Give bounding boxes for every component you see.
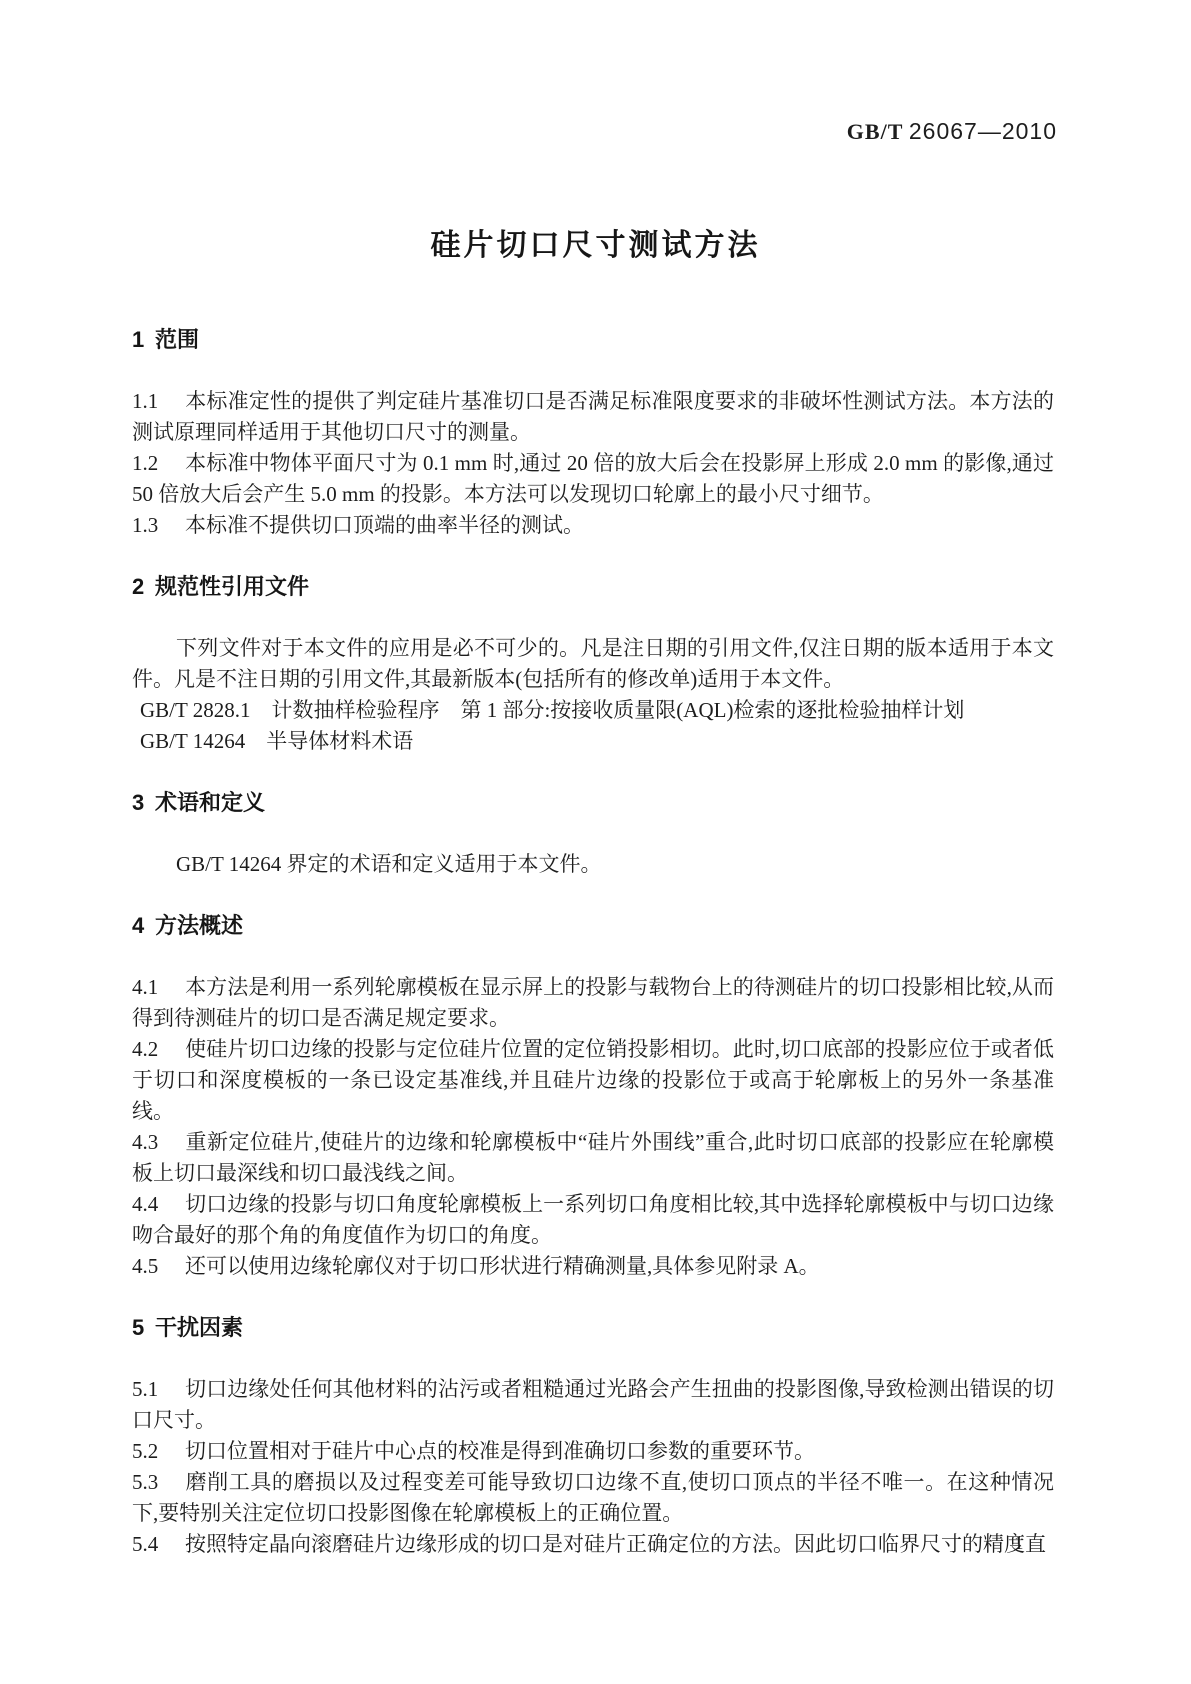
normative-reference-1: GB/T 2828.1 计数抽样检验程序 第 1 部分:按接收质量限(AQL)检… (132, 695, 1054, 726)
clause-4-4: 4.4切口边缘的投影与切口角度轮廓模板上一系列切口角度相比较,其中选择轮廓模板中… (132, 1189, 1054, 1251)
section-1-title: 范围 (155, 327, 199, 352)
clause-5-2-text: 切口位置相对于硅片中心点的校准是得到准确切口参数的重要环节。 (185, 1439, 815, 1463)
clause-1-2-label: 1.2 (132, 448, 185, 479)
clause-1-2-text: 本标准中物体平面尺寸为 0.1 mm 时,通过 20 倍的放大后会在投影屏上形成… (132, 451, 1054, 506)
clause-5-3: 5.3磨削工具的磨损以及过程变差可能导致切口边缘不直,使切口顶点的半径不唯一。在… (132, 1467, 1054, 1529)
clause-4-3-label: 4.3 (132, 1127, 185, 1158)
clause-4-5-label: 4.5 (132, 1251, 185, 1282)
clause-4-2-label: 4.2 (132, 1034, 185, 1065)
section-3-heading: 3术语和定义 (132, 787, 1054, 818)
section-3-paragraph: GB/T 14264 界定的术语和定义适用于本文件。 (132, 849, 1054, 880)
clause-4-4-text: 切口边缘的投影与切口角度轮廓模板上一系列切口角度相比较,其中选择轮廓模板中与切口… (132, 1192, 1054, 1247)
document-body: 1范围 1.1本标准定性的提供了判定硅片基准切口是否满足标准限度要求的非破坏性测… (132, 324, 1054, 1560)
clause-4-1-label: 4.1 (132, 972, 185, 1003)
page-number: 1 (1014, 1532, 1024, 1556)
standard-code-prefix: GB/T (847, 119, 904, 144)
section-2-number: 2 (132, 571, 155, 602)
clause-5-4-text: 按照特定晶向滚磨硅片边缘形成的切口是对硅片正确定位的方法。因此切口临界尺寸的精度… (185, 1532, 1046, 1556)
standard-document-page: GB/T 26067—2010 硅片切口尺寸测试方法 1范围 1.1本标准定性的… (0, 0, 1191, 1684)
section-4-title: 方法概述 (155, 913, 243, 938)
section-5-title: 干扰因素 (155, 1315, 243, 1340)
clause-1-1-text: 本标准定性的提供了判定硅片基准切口是否满足标准限度要求的非破坏性测试方法。本方法… (132, 389, 1054, 444)
clause-4-5-text: 还可以使用边缘轮廓仪对于切口形状进行精确测量,具体参见附录 A。 (185, 1254, 820, 1278)
clause-4-5: 4.5还可以使用边缘轮廓仪对于切口形状进行精确测量,具体参见附录 A。 (132, 1251, 1054, 1282)
section-1-number: 1 (132, 324, 155, 355)
section-2-title: 规范性引用文件 (155, 574, 309, 599)
clause-1-3-label: 1.3 (132, 510, 185, 541)
section-4-heading: 4方法概述 (132, 910, 1054, 941)
clause-4-3: 4.3重新定位硅片,使硅片的边缘和轮廓模板中“硅片外围线”重合,此时切口底部的投… (132, 1127, 1054, 1189)
document-title: 硅片切口尺寸测试方法 (0, 228, 1191, 264)
clause-5-4-label: 5.4 (132, 1529, 185, 1560)
standard-code-number: 26067—2010 (909, 118, 1057, 144)
section-4-number: 4 (132, 910, 155, 941)
clause-5-1-text: 切口边缘处任何其他材料的沾污或者粗糙通过光路会产生扭曲的投影图像,导致检测出错误… (132, 1377, 1054, 1432)
clause-1-3: 1.3本标准不提供切口顶端的曲率半径的测试。 (132, 510, 1054, 541)
clause-5-3-text: 磨削工具的磨损以及过程变差可能导致切口边缘不直,使切口顶点的半径不唯一。在这种情… (132, 1470, 1054, 1525)
section-5-heading: 5干扰因素 (132, 1312, 1054, 1343)
clause-5-1: 5.1切口边缘处任何其他材料的沾污或者粗糙通过光路会产生扭曲的投影图像,导致检测… (132, 1374, 1054, 1436)
normative-reference-2: GB/T 14264 半导体材料术语 (132, 726, 1054, 757)
clause-5-3-label: 5.3 (132, 1467, 185, 1498)
clause-1-1: 1.1本标准定性的提供了判定硅片基准切口是否满足标准限度要求的非破坏性测试方法。… (132, 386, 1054, 448)
clause-1-1-label: 1.1 (132, 386, 185, 417)
clause-5-2-label: 5.2 (132, 1436, 185, 1467)
clause-4-3-text: 重新定位硅片,使硅片的边缘和轮廓模板中“硅片外围线”重合,此时切口底部的投影应在… (132, 1130, 1054, 1185)
clause-4-1: 4.1本方法是利用一系列轮廓模板在显示屏上的投影与载物台上的待测硅片的切口投影相… (132, 972, 1054, 1034)
clause-5-2: 5.2切口位置相对于硅片中心点的校准是得到准确切口参数的重要环节。 (132, 1436, 1054, 1467)
clause-4-4-label: 4.4 (132, 1189, 185, 1220)
clause-1-2: 1.2本标准中物体平面尺寸为 0.1 mm 时,通过 20 倍的放大后会在投影屏… (132, 448, 1054, 510)
clause-5-4: 5.4按照特定晶向滚磨硅片边缘形成的切口是对硅片正确定位的方法。因此切口临界尺寸… (132, 1529, 1054, 1560)
section-3-number: 3 (132, 787, 155, 818)
section-2-intro: 下列文件对于本文件的应用是必不可少的。凡是注日期的引用文件,仅注日期的版本适用于… (132, 633, 1054, 695)
clause-1-3-text: 本标准不提供切口顶端的曲率半径的测试。 (185, 513, 584, 537)
section-2-heading: 2规范性引用文件 (132, 571, 1054, 602)
clause-4-2: 4.2使硅片切口边缘的投影与定位硅片位置的定位销投影相切。此时,切口底部的投影应… (132, 1034, 1054, 1127)
clause-5-1-label: 5.1 (132, 1374, 185, 1405)
section-1-heading: 1范围 (132, 324, 1054, 355)
section-5-number: 5 (132, 1312, 155, 1343)
clause-4-2-text: 使硅片切口边缘的投影与定位硅片位置的定位销投影相切。此时,切口底部的投影应位于或… (132, 1037, 1054, 1123)
standard-code: GB/T 26067—2010 (847, 118, 1057, 145)
clause-4-1-text: 本方法是利用一系列轮廓模板在显示屏上的投影与载物台上的待测硅片的切口投影相比较,… (132, 975, 1054, 1030)
section-3-title: 术语和定义 (155, 790, 265, 815)
